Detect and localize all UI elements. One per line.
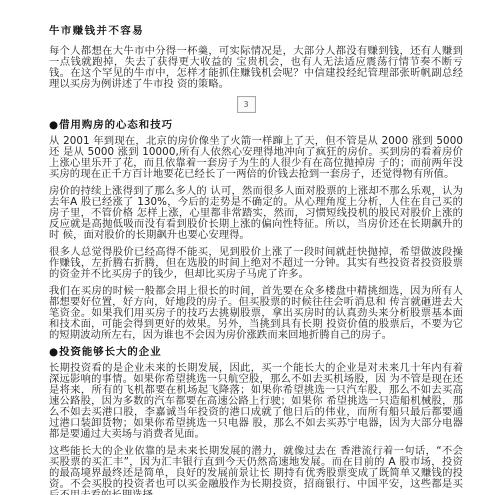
section1-heading: ●借用购房的心态和技巧 bbox=[49, 120, 463, 131]
section1-para1: 从 2001 年到现在，北京的房价像坐了火箭一样蹿上了天，但不管是从 2000 … bbox=[49, 136, 463, 180]
section2-para2: 这些能长大的企业依靠的是未来长期发展的潜力，就像过去在 香港流行着一句话，“不会… bbox=[49, 446, 463, 495]
section1-para3: 很多人总觉得股价已经高得不能买，见到股价上涨了一段时间就赶快抛掉，希望做波段操作… bbox=[49, 247, 463, 280]
section1-para4: 我们在买房的时候一般都会用上很长的时间，首先要在众多楼盘中精挑细选，因为所有人都… bbox=[49, 286, 463, 341]
document-page: 牛市赚钱并不容易 每个人都想在大牛市中分得一杯羹，可实际情况是，大部分人都没有赚… bbox=[0, 0, 495, 495]
article-title: 牛市赚钱并不容易 bbox=[49, 26, 463, 37]
section1-para2: 房价的持续上涨得到了那么多人的 认可，然而很多人面对股票的上涨却不那么乐观，认为… bbox=[49, 186, 463, 241]
section2-para1: 长期投资看的是企业未来的长期发展，因此，买一个能长大的企业是对未来几十年内有着深… bbox=[49, 363, 463, 440]
page-number-box: 3 bbox=[237, 96, 256, 113]
section2-heading: ●投资能够长大的企业 bbox=[49, 347, 463, 358]
page-number-row: 3 bbox=[39, 96, 453, 113]
intro-paragraph: 每个人都想在大牛市中分得一杯羹，可实际情况是，大部分人都没有赚到钱，还有人赚到一… bbox=[49, 46, 463, 90]
